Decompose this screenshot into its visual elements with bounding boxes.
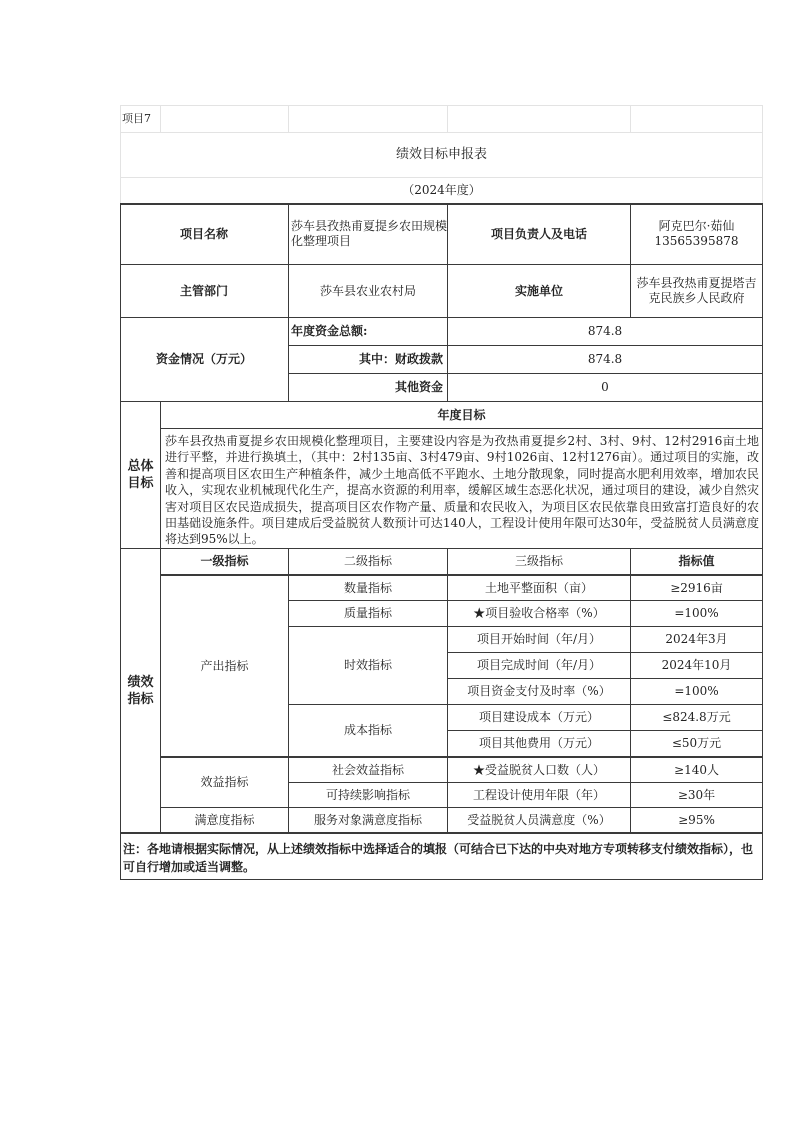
level2-service-satisfaction: 服务对象满意度指标 — [289, 808, 447, 832]
funds-total-value: 874.8 — [448, 318, 762, 345]
indicator-name: 项目开始时间（年/月） — [448, 627, 630, 652]
indicator-value: ≤824.8万元 — [631, 705, 762, 730]
indicator-name: 工程设计使用年限（年） — [448, 783, 630, 807]
performance-target-form: 项目7 绩效目标申报表 （2024年度） 项目名称 莎车县孜热甫夏提乡农田规模化… — [0, 0, 793, 1122]
dept-label: 主管部门 — [120, 265, 288, 317]
owner-name: 阿克巴尔·茹仙 — [659, 219, 735, 234]
level2-sustainability: 可持续影响指标 — [289, 783, 447, 807]
owner-contact: 阿克巴尔·茹仙 13565395878 — [631, 204, 762, 264]
annual-goal-header: 年度目标 — [161, 402, 762, 428]
grid-line — [120, 105, 763, 106]
col-header-level2: 二级指标 — [289, 549, 447, 574]
col-header-level3: 三级指标 — [448, 549, 630, 574]
indicator-value: ≤50万元 — [631, 731, 762, 756]
level1-satisfaction: 满意度指标 — [161, 808, 288, 832]
indicator-name: ★受益脱贫人口数（人） — [448, 758, 630, 782]
footnote: 注：各地请根据实际情况，从上述绩效指标中选择适合的填报（可结合已下达的中央对地方… — [121, 834, 762, 879]
funds-fiscal-label: 其中：财政拨款 — [289, 346, 447, 373]
table-border — [120, 879, 763, 880]
level2-timeliness: 时效指标 — [289, 627, 447, 704]
dept-value: 莎车县农业农村局 — [289, 265, 447, 317]
level2-quality: 质量指标 — [289, 601, 447, 626]
form-year: （2024年度） — [120, 177, 763, 203]
indicator-value: 2024年3月 — [631, 627, 762, 652]
indicator-value: ≥140人 — [631, 758, 762, 782]
indicator-value: ≥2916亩 — [631, 576, 762, 600]
funds-other-label: 其他资金 — [289, 374, 447, 401]
indicator-name: 项目资金支付及时率（%） — [448, 679, 630, 704]
annual-goal-text: 莎车县孜热甫夏提乡农田规模化整理项目，主要建设内容是为孜热甫夏提乡2村、3村、9… — [161, 429, 762, 548]
funds-total-label: 年度资金总额: — [289, 318, 447, 345]
indicator-name: 项目建设成本（万元） — [448, 705, 630, 730]
indicator-name: 项目完成时间（年/月） — [448, 653, 630, 678]
table-border — [762, 203, 763, 880]
grid-line — [447, 105, 448, 132]
grid-line — [288, 105, 289, 132]
col-header-level1: 一级指标 — [161, 549, 288, 574]
level1-output: 产出指标 — [161, 576, 288, 756]
form-title: 绩效目标申报表 — [120, 132, 763, 177]
project-name-value: 莎车县孜热甫夏提乡农田规模化整理项目 — [289, 204, 447, 264]
impl-value: 莎车县孜热甫夏提塔吉克民族乡人民政府 — [631, 265, 762, 317]
indicator-name: 受益脱贫人员满意度（%） — [448, 808, 630, 832]
owner-label: 项目负责人及电话 — [448, 204, 630, 264]
owner-phone: 13565395878 — [655, 234, 739, 249]
overall-goal-label: 总体目标 — [121, 402, 160, 548]
indicator-name: ★项目验收合格率（%） — [448, 601, 630, 626]
indicator-value: ≥95% — [631, 808, 762, 832]
indicator-value: 2024年10月 — [631, 653, 762, 678]
level2-quantity: 数量指标 — [289, 576, 447, 600]
funds-label: 资金情况（万元） — [120, 318, 288, 401]
level1-benefit: 效益指标 — [161, 758, 288, 807]
funds-other-value: 0 — [448, 374, 762, 401]
level2-cost: 成本指标 — [289, 705, 447, 756]
indicator-value: ≥30年 — [631, 783, 762, 807]
project-name-label: 项目名称 — [120, 204, 288, 264]
performance-indicators-label: 绩效指标 — [121, 549, 160, 832]
indicator-value: =100% — [631, 601, 762, 626]
funds-fiscal-value: 874.8 — [448, 346, 762, 373]
indicator-name: 项目其他费用（万元） — [448, 731, 630, 756]
indicator-name: 土地平整面积（亩） — [448, 576, 630, 600]
project-number: 项目7 — [120, 105, 160, 132]
col-header-value: 指标值 — [631, 549, 762, 574]
impl-label: 实施单位 — [448, 265, 630, 317]
grid-line — [160, 105, 161, 132]
indicator-value: =100% — [631, 679, 762, 704]
grid-line — [630, 105, 631, 132]
level2-social-benefit: 社会效益指标 — [289, 758, 447, 782]
